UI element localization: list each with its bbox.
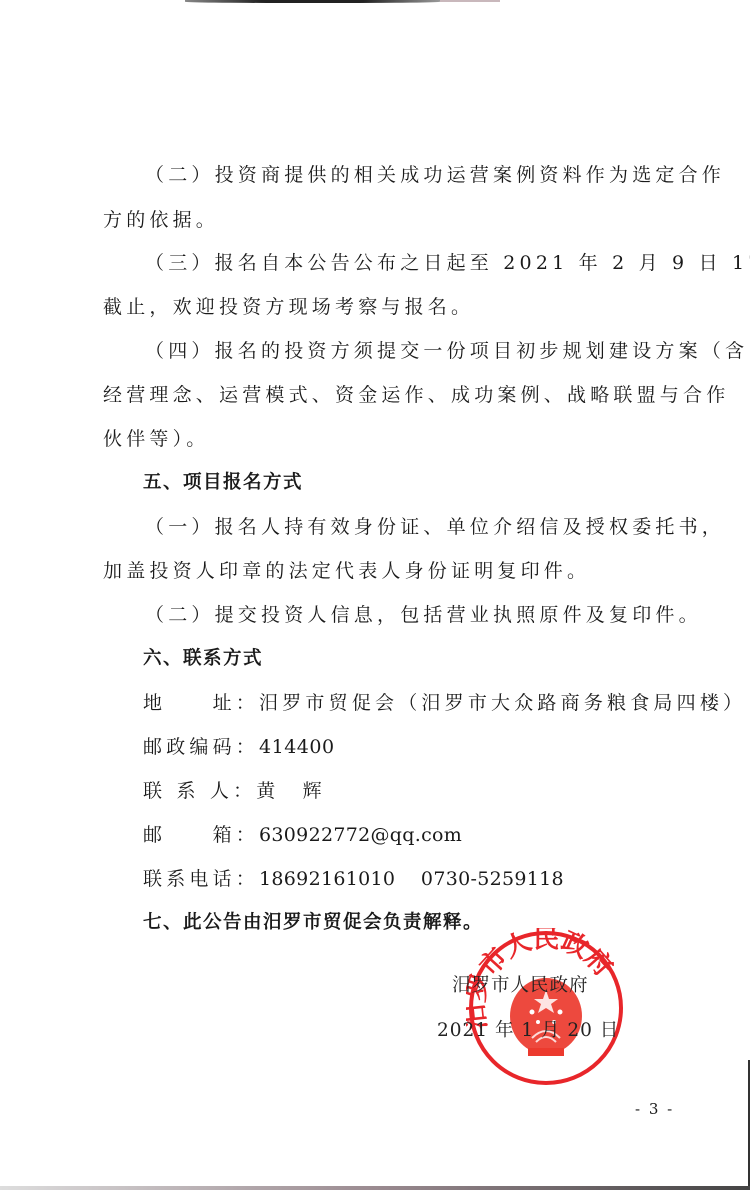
section-6-heading: 六、联系方式: [143, 647, 263, 671]
official-seal-icon: 汨罗市人民政府: [466, 928, 626, 1088]
contact-phone-value: 18692161010 0730-5259118: [259, 868, 564, 890]
signature-issuer: 汨罗市人民政府: [452, 971, 589, 997]
paragraph-4-line-2: 经营理念、运营模式、资金运作、成功案例、战略联盟与合作: [103, 383, 729, 407]
contact-postcode-value: 414400: [259, 736, 335, 758]
contact-email-value: 630922772@qq.com: [259, 824, 462, 846]
contact-person: 联 系 人：黄 辉: [143, 779, 326, 803]
contact-address-value: 汨罗市贸促会（汨罗市大众路商务粮食局四楼）: [259, 692, 746, 714]
section-5-item-1-line-2: 加盖投资人印章的法定代表人身份证明复印件。: [103, 559, 590, 583]
paragraph-2-line-2: 方的依据。: [103, 208, 219, 232]
contact-phone-label: 联系电话：: [143, 867, 259, 891]
paragraph-3-line-2: 截止，欢迎投资方现场考察与报名。: [103, 295, 474, 319]
page-number: - 3 -: [635, 1100, 674, 1118]
section-5-item-1-line-1: （一）报名人持有效身份证、单位介绍信及授权委托书，: [145, 515, 725, 539]
section-5-item-2: （二）提交投资人信息，包括营业执照原件及复印件。: [145, 603, 702, 627]
contact-email: 邮 箱：630922772@qq.com: [143, 823, 462, 847]
scan-top-edge-tint: [440, 0, 500, 2]
paragraph-2-line-1: （二）投资商提供的相关成功运营案例资料作为选定合作: [145, 163, 725, 187]
section-7-heading: 七、此公告由汨罗市贸促会负责解释。: [143, 911, 483, 935]
scan-bottom-edge: [0, 1186, 750, 1190]
contact-person-value: 黄 辉: [256, 780, 326, 802]
paragraph-4-line-1: （四）报名的投资方须提交一份项目初步规划建设方案（含: [145, 339, 748, 363]
contact-postcode-label: 邮政编码：: [143, 735, 259, 759]
contact-phone: 联系电话：18692161010 0730-5259118: [143, 867, 564, 891]
contact-address-label: 地 址：: [143, 691, 259, 715]
contact-email-label: 邮 箱：: [143, 823, 259, 847]
scan-top-edge: [185, 0, 440, 3]
contact-person-label: 联 系 人：: [143, 779, 256, 803]
contact-postcode: 邮政编码：414400: [143, 735, 335, 759]
section-5-heading: 五、项目报名方式: [143, 471, 303, 495]
paragraph-4-line-3: 伙伴等）。: [103, 427, 210, 451]
signature-date: 2021 年 1 月 20 日: [437, 1016, 619, 1042]
paragraph-3-line-1: （三）报名自本公告公布之日起至 2021 年 2 月 9 日 17:00: [145, 251, 750, 275]
contact-address: 地 址：汨罗市贸促会（汨罗市大众路商务粮食局四楼）: [143, 691, 746, 715]
